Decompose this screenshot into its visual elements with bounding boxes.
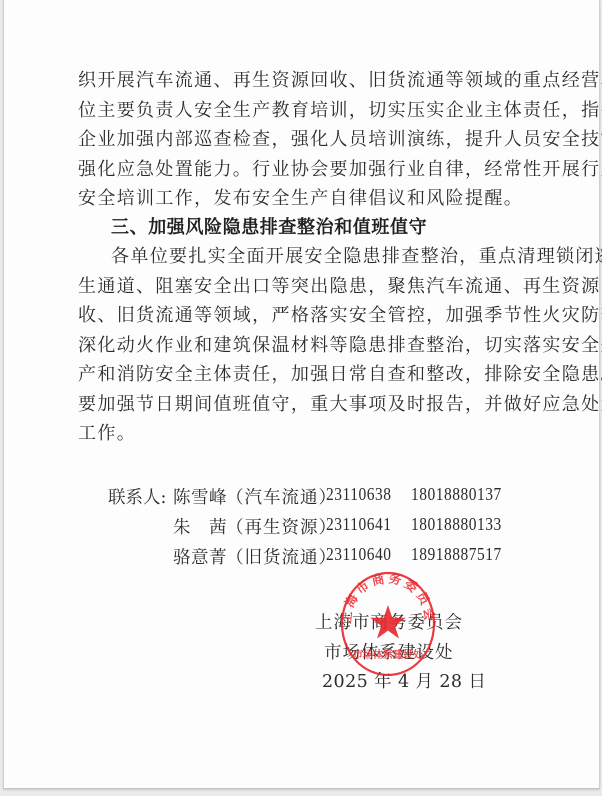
paragraph-line: 位主要负责人安全生产教育培训，切实压实企业主体责任，指导 [78, 96, 602, 122]
paragraph-line: 深化动火作业和建筑保温材料等隐患排查整治，切实落实安全生 [78, 331, 602, 357]
paragraph-line: 各单位要扎实全面开展安全隐患排查整治，重点清理锁闭逃 [111, 242, 602, 268]
contact-department: （旧货流通） [226, 544, 337, 569]
paragraph-line: 产和消防安全主体责任，加强日常自查和整改，排除安全隐患。 [78, 360, 602, 386]
paragraph-line: 企业加强内部巡查检查，强化人员培训演练，提升人员安全技能， [78, 125, 602, 151]
contact-department: （汽车流通） [226, 484, 337, 509]
contact-name: 朱 茜 [173, 514, 227, 539]
paragraph-line: 生通道、阻塞安全出口等突出隐患，聚焦汽车流通、再生资源回 [78, 272, 602, 298]
paragraph-line: 收、旧货流通等领域，严格落实安全管控，加强季节性火灾防范， [78, 301, 602, 327]
paragraph-line: 工作。 [78, 419, 136, 445]
contact-phone: 23110638 [326, 484, 391, 505]
paragraph-line: 安全培训工作，发布安全生产自律倡议和风险提醒。 [78, 184, 523, 210]
contact-phone: 23110640 [326, 544, 391, 565]
document-page: 织开展汽车流通、再生资源回收、旧货流通等领域的重点经营单 位主要负责人安全生产教… [3, 0, 600, 789]
paragraph-line: 织开展汽车流通、再生资源回收、旧货流通等领域的重点经营单 [78, 66, 602, 92]
contact-name: 骆意菁 [173, 544, 227, 569]
section-heading: 三、加强风险隐患排查整治和值班值守 [111, 213, 427, 239]
contact-name: 陈雪峰 [173, 484, 227, 509]
contact-phone: 23110641 [326, 514, 391, 535]
contact-mobile: 18018880137 [411, 484, 502, 505]
paragraph-line: 要加强节日期间值班值守，重大事项及时报告，并做好应急处置 [78, 390, 602, 416]
contact-mobile: 18918887517 [411, 544, 502, 565]
signature-division: 市场体系建设处 [324, 639, 454, 664]
contact-department: （再生资源） [226, 514, 337, 539]
signature-organization: 上海市商务委员会 [315, 609, 463, 634]
contacts-label: 联系人: [108, 484, 166, 509]
paragraph-line: 强化应急处置能力。行业协会要加强行业自律，经常性开展行业 [78, 155, 602, 181]
contact-mobile: 18018880133 [411, 514, 502, 535]
signature-date: 2025 年 4 月 28 日 [322, 668, 486, 693]
